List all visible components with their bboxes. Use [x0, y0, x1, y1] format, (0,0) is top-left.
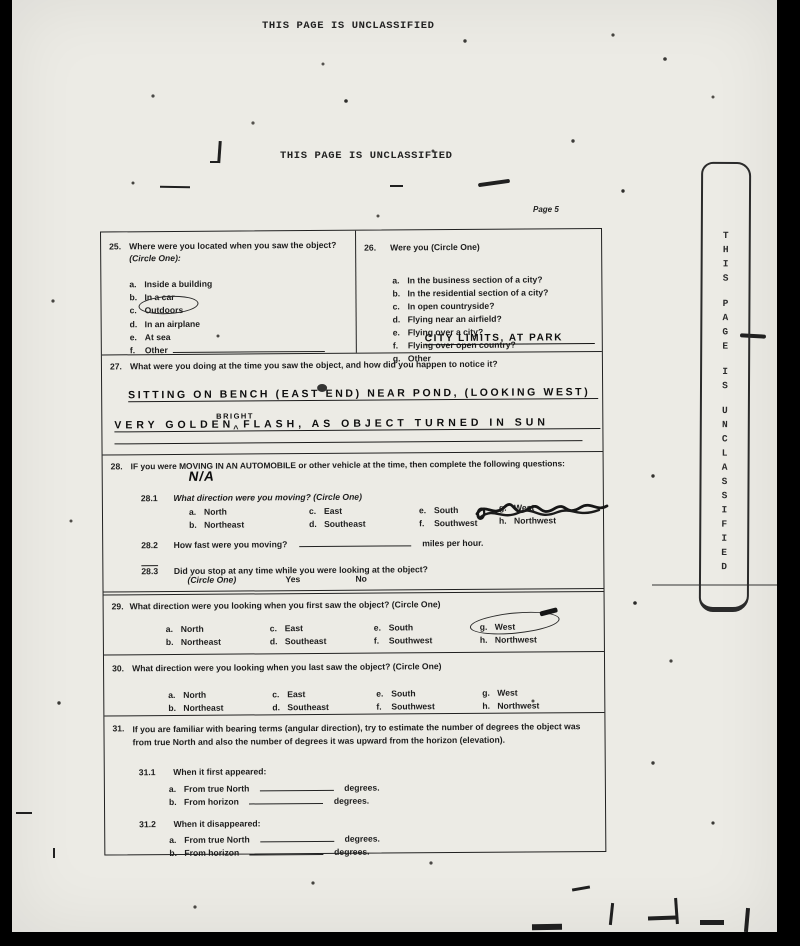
option-label: Northwest: [495, 634, 537, 644]
section-q25-q26: 25. Where were you located when you saw …: [101, 229, 602, 354]
other-blank: [173, 343, 325, 353]
sub-number: 31.1: [139, 767, 169, 777]
tab-word: PAGE: [720, 298, 731, 355]
question-text: Where were you located when you saw the …: [129, 240, 336, 251]
question-number: 30.: [112, 663, 124, 673]
option-letter: f.: [419, 518, 434, 528]
page-number-label: Page 5: [533, 205, 559, 214]
option-label: Southeast: [285, 636, 327, 646]
option-label: Southwest: [391, 701, 435, 711]
option-row: f.Other: [130, 339, 325, 354]
degrees-blank: [249, 795, 323, 805]
option-letter: f.: [376, 701, 391, 711]
question-number: 28.: [111, 461, 123, 471]
option-label: Southeast: [324, 519, 366, 529]
sub-label: When it disappeared:: [174, 818, 261, 829]
option-label: Northwest: [497, 700, 539, 710]
question-number: 26.: [364, 243, 376, 253]
degrees-blank: [250, 846, 324, 856]
option-letter: d.: [272, 702, 287, 712]
option-label: Northeast: [183, 703, 223, 713]
scan-noise-specks: [12, 0, 14, 2]
questionnaire-form: 25. Where were you located when you saw …: [100, 228, 606, 855]
sub-question: How fast were you moving?: [174, 539, 288, 550]
speed-blank: [299, 537, 411, 547]
row-31-2-b: b.From horizon degrees.: [169, 842, 369, 861]
question-text: If you are familiar with bearing terms (…: [132, 720, 596, 749]
no-label: No: [355, 574, 367, 584]
scan-artifact: [390, 185, 403, 187]
sub-label: When it first appeared:: [173, 766, 266, 777]
sub-number: 28.3: [141, 566, 169, 576]
handwritten-other-answer: CITY LIMITS, AT PARK: [425, 332, 595, 345]
answer-line-3-empty: [114, 438, 582, 444]
option-label: Southwest: [389, 635, 433, 645]
direction-grid-29: a.North b.Northeast c.East d.Southeast e…: [104, 592, 604, 595]
scan-artifact: [160, 186, 190, 189]
question-text: What were you doing at the time you saw …: [130, 359, 498, 372]
scan-artifact: [217, 141, 221, 163]
insertion-caret: BRIGHT^: [234, 421, 243, 431]
question-number: 27.: [110, 361, 122, 371]
units-label: degrees.: [334, 847, 369, 857]
scan-artifact: [16, 812, 32, 814]
scan-artifact: [572, 885, 590, 891]
units-label: miles per hour.: [422, 538, 483, 548]
units-label: degrees.: [334, 796, 369, 806]
question-text: What direction were you looking when you…: [132, 661, 441, 673]
answer-line-2: VERY GOLDENBRIGHT^FLASH, AS OBJECT TURNE…: [114, 404, 600, 432]
option-label: From horizon: [184, 797, 239, 807]
scan-artifact: [609, 903, 614, 925]
answer-line-1: SITTING ON BENCH (EAST END) NEAR POND, (…: [128, 376, 598, 402]
option-row: a.In the business section of a city?: [392, 269, 548, 283]
tab-word: THIS: [720, 230, 731, 287]
tab-word: IS: [719, 366, 730, 394]
question-number: 25.: [109, 241, 121, 251]
classification-header-top: THIS PAGE IS UNCLASSIFIED: [262, 20, 435, 32]
question-30: 30. What direction were you looking when…: [104, 651, 604, 715]
inserted-word: BRIGHT: [216, 411, 254, 420]
option-row: d.Flying near an airfield?: [393, 308, 549, 322]
question-31: 31. If you are familiar with bearing ter…: [104, 712, 605, 854]
question-31-1: 31.1 When it first appeared:: [139, 761, 267, 780]
scan-artifact: [53, 848, 55, 858]
option-letter: b.: [189, 520, 204, 530]
scan-artifact: [210, 161, 219, 163]
option-letter: b.: [168, 703, 183, 713]
option-letter: b.: [166, 637, 181, 647]
option-letter: h.: [480, 635, 495, 645]
option-label: Northeast: [181, 637, 221, 647]
option-letter: b.: [169, 848, 184, 858]
side-classification-tab: THIS PAGE IS UNCLASSIFIED: [699, 162, 751, 612]
sub-number: 28.1: [141, 493, 169, 503]
tab-word: UNCLASSIFIED: [719, 405, 731, 575]
scan-artifact: [674, 898, 679, 924]
handwritten-answer: FLASH, AS OBJECT TURNED IN SUN: [243, 416, 549, 430]
option-label: Northeast: [204, 520, 244, 530]
row-31-1-b: b.From horizon degrees.: [169, 791, 369, 810]
scan-artifact: [700, 920, 724, 925]
scan-artifact: [648, 916, 676, 921]
option-letter: f.: [374, 635, 389, 645]
option-row: b.In the residential section of a city?: [392, 282, 548, 296]
handwritten-answer: SITTING ON BENCH (EAST END) NEAR POND, (…: [128, 386, 590, 401]
question-28-2: 28.2 How fast were you moving? miles per…: [141, 533, 483, 553]
yes-label: Yes: [285, 574, 300, 584]
option-row: d.In an airplane: [130, 313, 325, 328]
option-label: From horizon: [184, 848, 239, 858]
option-label: Southeast: [287, 702, 329, 712]
option-letter: d.: [270, 636, 285, 646]
question-28: 28. IF you were MOVING IN AN AUTOMOBILE …: [103, 451, 604, 591]
option-letter: h.: [482, 701, 497, 711]
caret-mark: ^: [233, 424, 238, 434]
question-25: 25. Where were you located when you saw …: [101, 231, 356, 355]
classification-header-inner: THIS PAGE IS UNCLASSIFIED: [280, 150, 453, 162]
question-26: 26. Were you (Circle One) a.In the busin…: [355, 229, 602, 353]
question-number: 31.: [112, 723, 124, 733]
question-27: 27. What were you doing at the time you …: [102, 351, 603, 454]
option-letter: b.: [169, 797, 184, 807]
option-row: e.At sea: [130, 326, 325, 341]
scanned-page: THIS PAGE IS UNCLASSIFIED THIS PAGE IS U…: [12, 0, 777, 932]
circle-one-note: (Circle One): [187, 575, 236, 585]
circle-one-note: (Circle One):: [129, 253, 181, 263]
scan-artifact: [744, 908, 750, 932]
scan-artifact: [478, 179, 510, 187]
q26-options: a.In the business section of a city? b.I…: [392, 269, 549, 361]
question-text: Were you (Circle One): [390, 242, 480, 253]
option-letter: d.: [309, 519, 324, 529]
question-text: What direction were you looking when you…: [130, 599, 441, 611]
question-29: 29. What direction were you looking when…: [104, 588, 604, 654]
ink-blot: [317, 384, 327, 392]
option-row: a.Inside a building: [129, 273, 324, 288]
handwritten-na: N/A: [187, 469, 216, 484]
question-number: 29.: [112, 601, 124, 611]
sub-number: 28.2: [141, 540, 169, 550]
sub-number: 31.2: [139, 819, 169, 829]
scan-artifact: [532, 924, 562, 931]
pen-scribble: [471, 495, 613, 524]
